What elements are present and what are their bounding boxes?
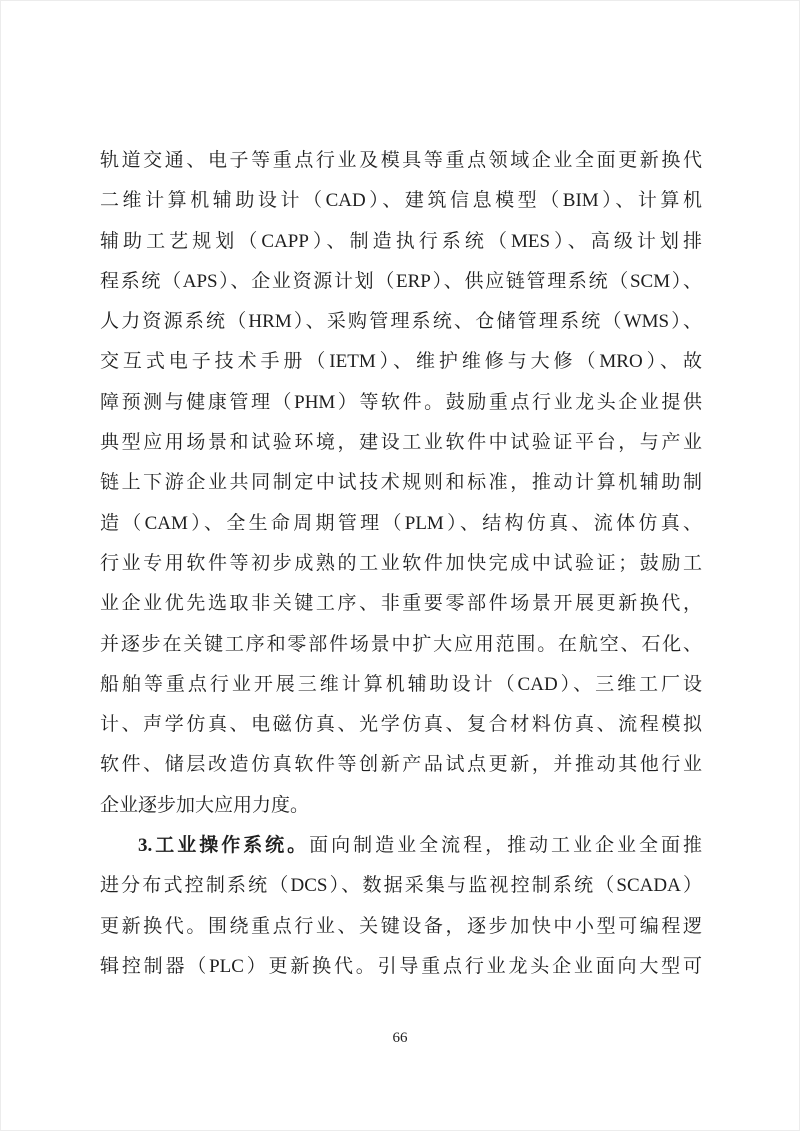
page-body-text: 轨道交通、电子等重点行业及模具等重点领域企业全面更新换代 二维计算机辅助设计（C… xyxy=(100,141,702,987)
text-line: 进分布式控制系统（DCS）、数据采集与监视控制系统（SCADA） xyxy=(100,866,702,906)
text-line: 辑控制器（PLC）更新换代。引导重点行业龙头企业面向大型可 xyxy=(100,947,702,987)
document-page: { "page": { "number": "66", "background"… xyxy=(0,0,800,1131)
text-line: 业企业优先选取非关键工序、非重要零部件场景开展更新换代， xyxy=(100,584,702,624)
text-line: 辅助工艺规划（CAPP）、制造执行系统（MES）、高级计划排 xyxy=(100,222,702,262)
text-line: 轨道交通、电子等重点行业及模具等重点领域企业全面更新换代 xyxy=(100,141,702,181)
page-number: 66 xyxy=(0,1030,800,1047)
para2-first-line: 3.工业操作系统。面向制造业全流程，推动工业企业全面推 xyxy=(100,826,702,866)
text-line: 人力资源系统（HRM）、采购管理系统、仓储管理系统（WMS）、 xyxy=(100,302,702,342)
para2-heading: 3.工业操作系统。 xyxy=(138,835,309,856)
text-line: 障预测与健康管理（PHM）等软件。鼓励重点行业龙头企业提供 xyxy=(100,383,702,423)
text-line: 典型应用场景和试验环境，建设工业软件中试验证平台，与产业 xyxy=(100,423,702,463)
text-line: 企业逐步加大应用力度。 xyxy=(100,786,702,826)
text-line: 链上下游企业共同制定中试技术规则和标准，推动计算机辅助制 xyxy=(100,463,702,503)
text-line: 船舶等重点行业开展三维计算机辅助设计（CAD）、三维工厂设 xyxy=(100,665,702,705)
text-line: 二维计算机辅助设计（CAD）、建筑信息模型（BIM）、计算机 xyxy=(100,181,702,221)
text-line: 并逐步在关键工序和零部件场景中扩大应用范围。在航空、石化、 xyxy=(100,625,702,665)
text-line: 程系统（APS）、企业资源计划（ERP）、供应链管理系统（SCM）、 xyxy=(100,262,702,302)
text-line: 造（CAM）、全生命周期管理（PLM）、结构仿真、流体仿真、 xyxy=(100,504,702,544)
text-line: 软件、储层改造仿真软件等创新产品试点更新，并推动其他行业 xyxy=(100,745,702,785)
text-line: 更新换代。围绕重点行业、关键设备，逐步加快中小型可编程逻 xyxy=(100,907,702,947)
text-line: 计、声学仿真、电磁仿真、光学仿真、复合材料仿真、流程模拟 xyxy=(100,705,702,745)
text-line: 交互式电子技术手册（IETM）、维护维修与大修（MRO）、故 xyxy=(100,342,702,382)
text-line: 行业专用软件等初步成熟的工业软件加快完成中试验证；鼓励工 xyxy=(100,544,702,584)
para2-first-line-text: 面向制造业全流程，推动工业企业全面推 xyxy=(309,835,702,856)
